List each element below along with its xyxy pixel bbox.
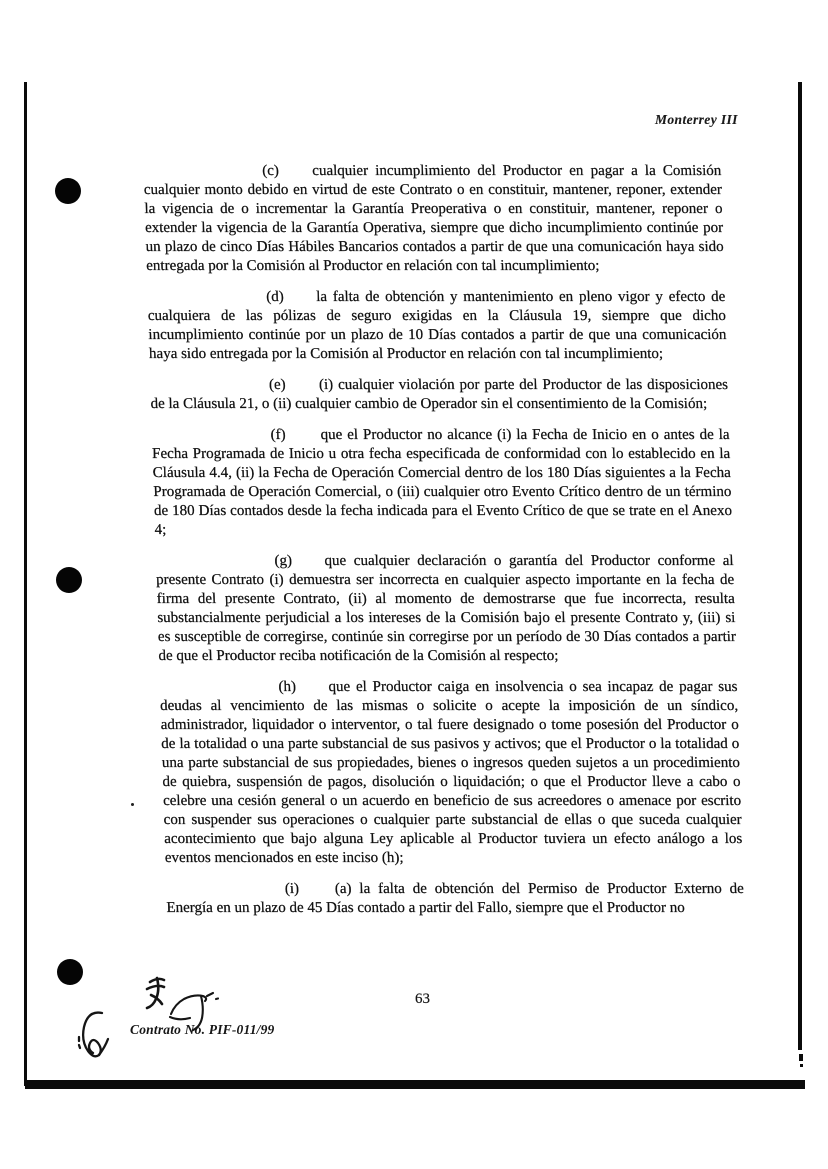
handwritten-marks-layer <box>0 0 828 1169</box>
handwritten-flourish <box>170 993 218 1030</box>
handwritten-signature-letter <box>79 1013 108 1057</box>
scanned-contract-page: Monterrey III (c)cualquier incumplimient… <box>0 0 828 1169</box>
handwritten-initial-scribble <box>147 978 164 1008</box>
